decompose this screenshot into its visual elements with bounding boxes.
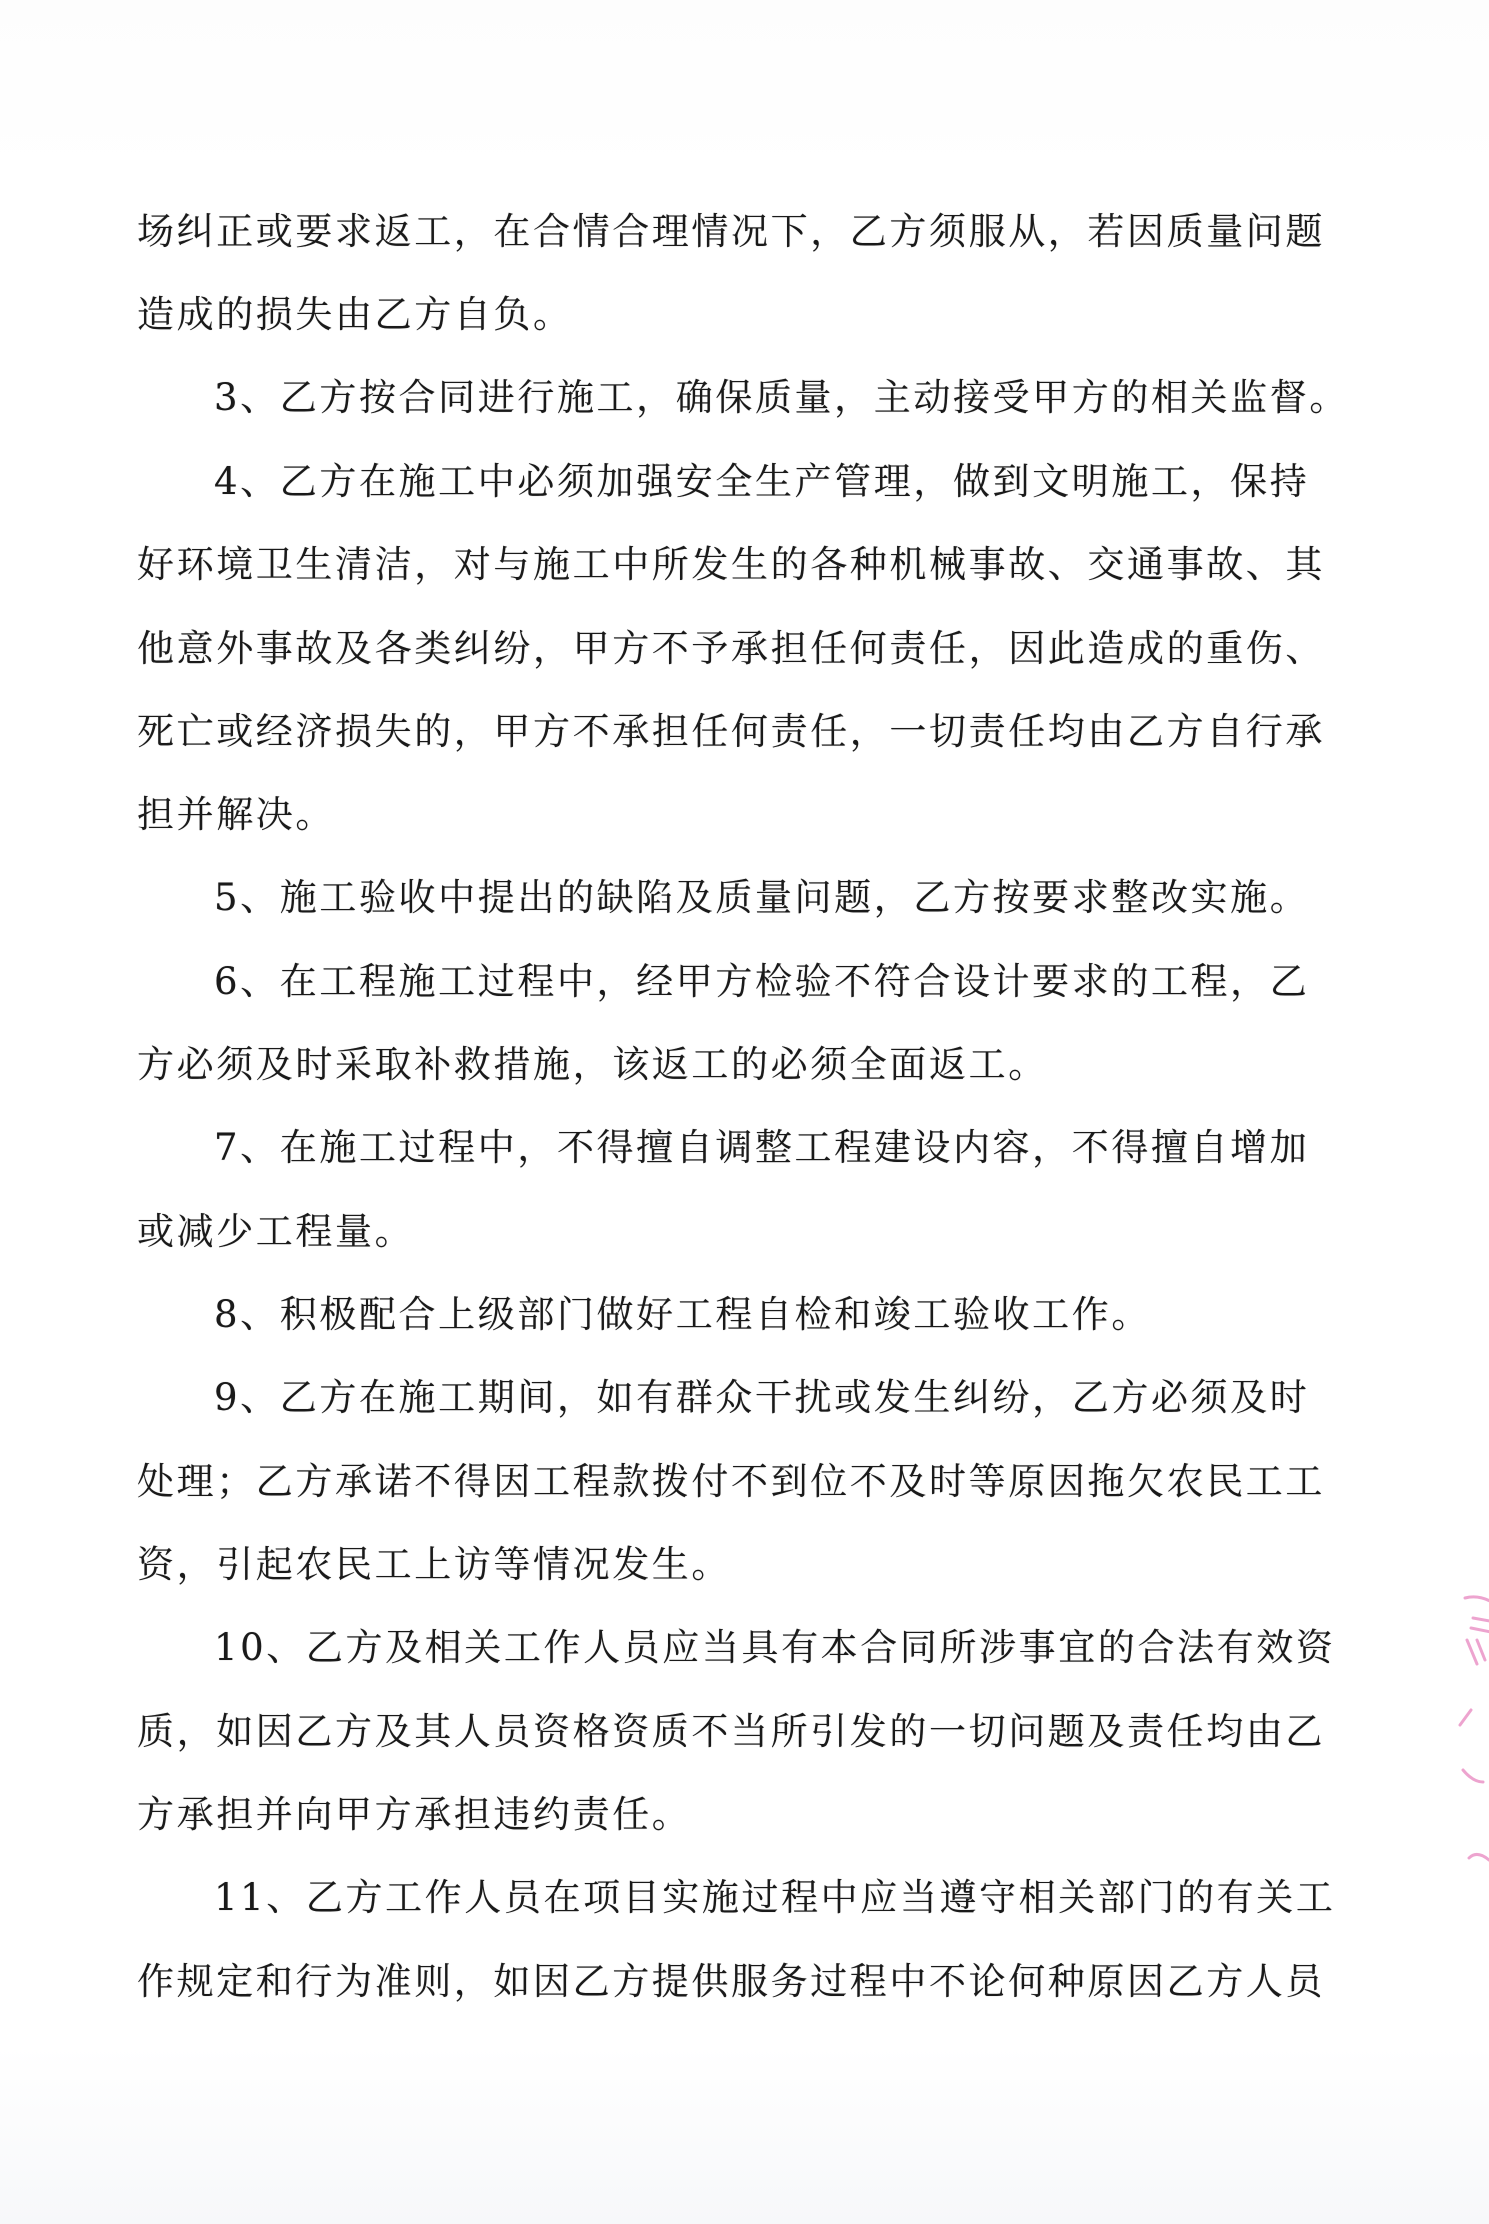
text-line-19: 质，如因乙方及其人员资格资质不当所引发的一切问题及责任均由乙 [137, 1707, 1277, 1757]
document-page: 场纠正或要求返工，在合情合理情况下，乙方须服从，若因质量问题 造成的损失由乙方自… [0, 0, 1489, 2224]
clause-3: 3、乙方按合同进行施工，确保质量，主动接受甲方的相关监督。 [214, 373, 1354, 423]
text-line-2: 造成的损失由乙方自负。 [137, 290, 1277, 340]
clause-4: 4、乙方在施工中必须加强安全生产管理，做到文明施工，保持 [214, 457, 1354, 507]
text-line-8: 担并解决。 [137, 790, 1277, 840]
clause-8: 8、积极配合上级部门做好工程自检和竣工验收工作。 [214, 1290, 1354, 1340]
text-line-22: 作规定和行为准则，如因乙方提供服务过程中不论何种原因乙方人员 [137, 1957, 1277, 2007]
text-line-20: 方承担并向甲方承担违约责任。 [137, 1790, 1277, 1840]
clause-9: 9、乙方在施工期间，如有群众干扰或发生纠纷，乙方必须及时 [214, 1373, 1354, 1423]
text-line-7: 死亡或经济损失的，甲方不承担任何责任，一切责任均由乙方自行承 [137, 707, 1277, 757]
text-line-5: 好环境卫生清洁，对与施工中所发生的各种机械事故、交通事故、其 [137, 540, 1277, 590]
text-line-17: 资，引起农民工上访等情况发生。 [137, 1540, 1277, 1590]
text-line-6: 他意外事故及各类纠纷，甲方不予承担任何责任，因此造成的重伤、 [137, 624, 1277, 674]
clause-11: 11、乙方工作人员在项目实施过程中应当遵守相关部门的有关工 [214, 1873, 1354, 1923]
text-line-16: 处理；乙方承诺不得因工程款拨付不到位不及时等原因拖欠农民工工 [137, 1457, 1277, 1507]
text-line-13: 或减少工程量。 [137, 1207, 1277, 1257]
clause-7: 7、在施工过程中，不得擅自调整工程建设内容，不得擅自增加 [214, 1123, 1354, 1173]
clause-10: 10、乙方及相关工作人员应当具有本合同所涉事宜的合法有效资 [214, 1623, 1354, 1673]
red-seal-stamp-icon [1455, 1560, 1489, 1880]
text-line-1: 场纠正或要求返工，在合情合理情况下，乙方须服从，若因质量问题 [137, 207, 1277, 257]
text-line-11: 方必须及时采取补救措施，该返工的必须全面返工。 [137, 1040, 1277, 1090]
clause-5: 5、施工验收中提出的缺陷及质量问题，乙方按要求整改实施。 [214, 873, 1354, 923]
clause-6: 6、在工程施工过程中，经甲方检验不符合设计要求的工程，乙 [214, 957, 1354, 1007]
